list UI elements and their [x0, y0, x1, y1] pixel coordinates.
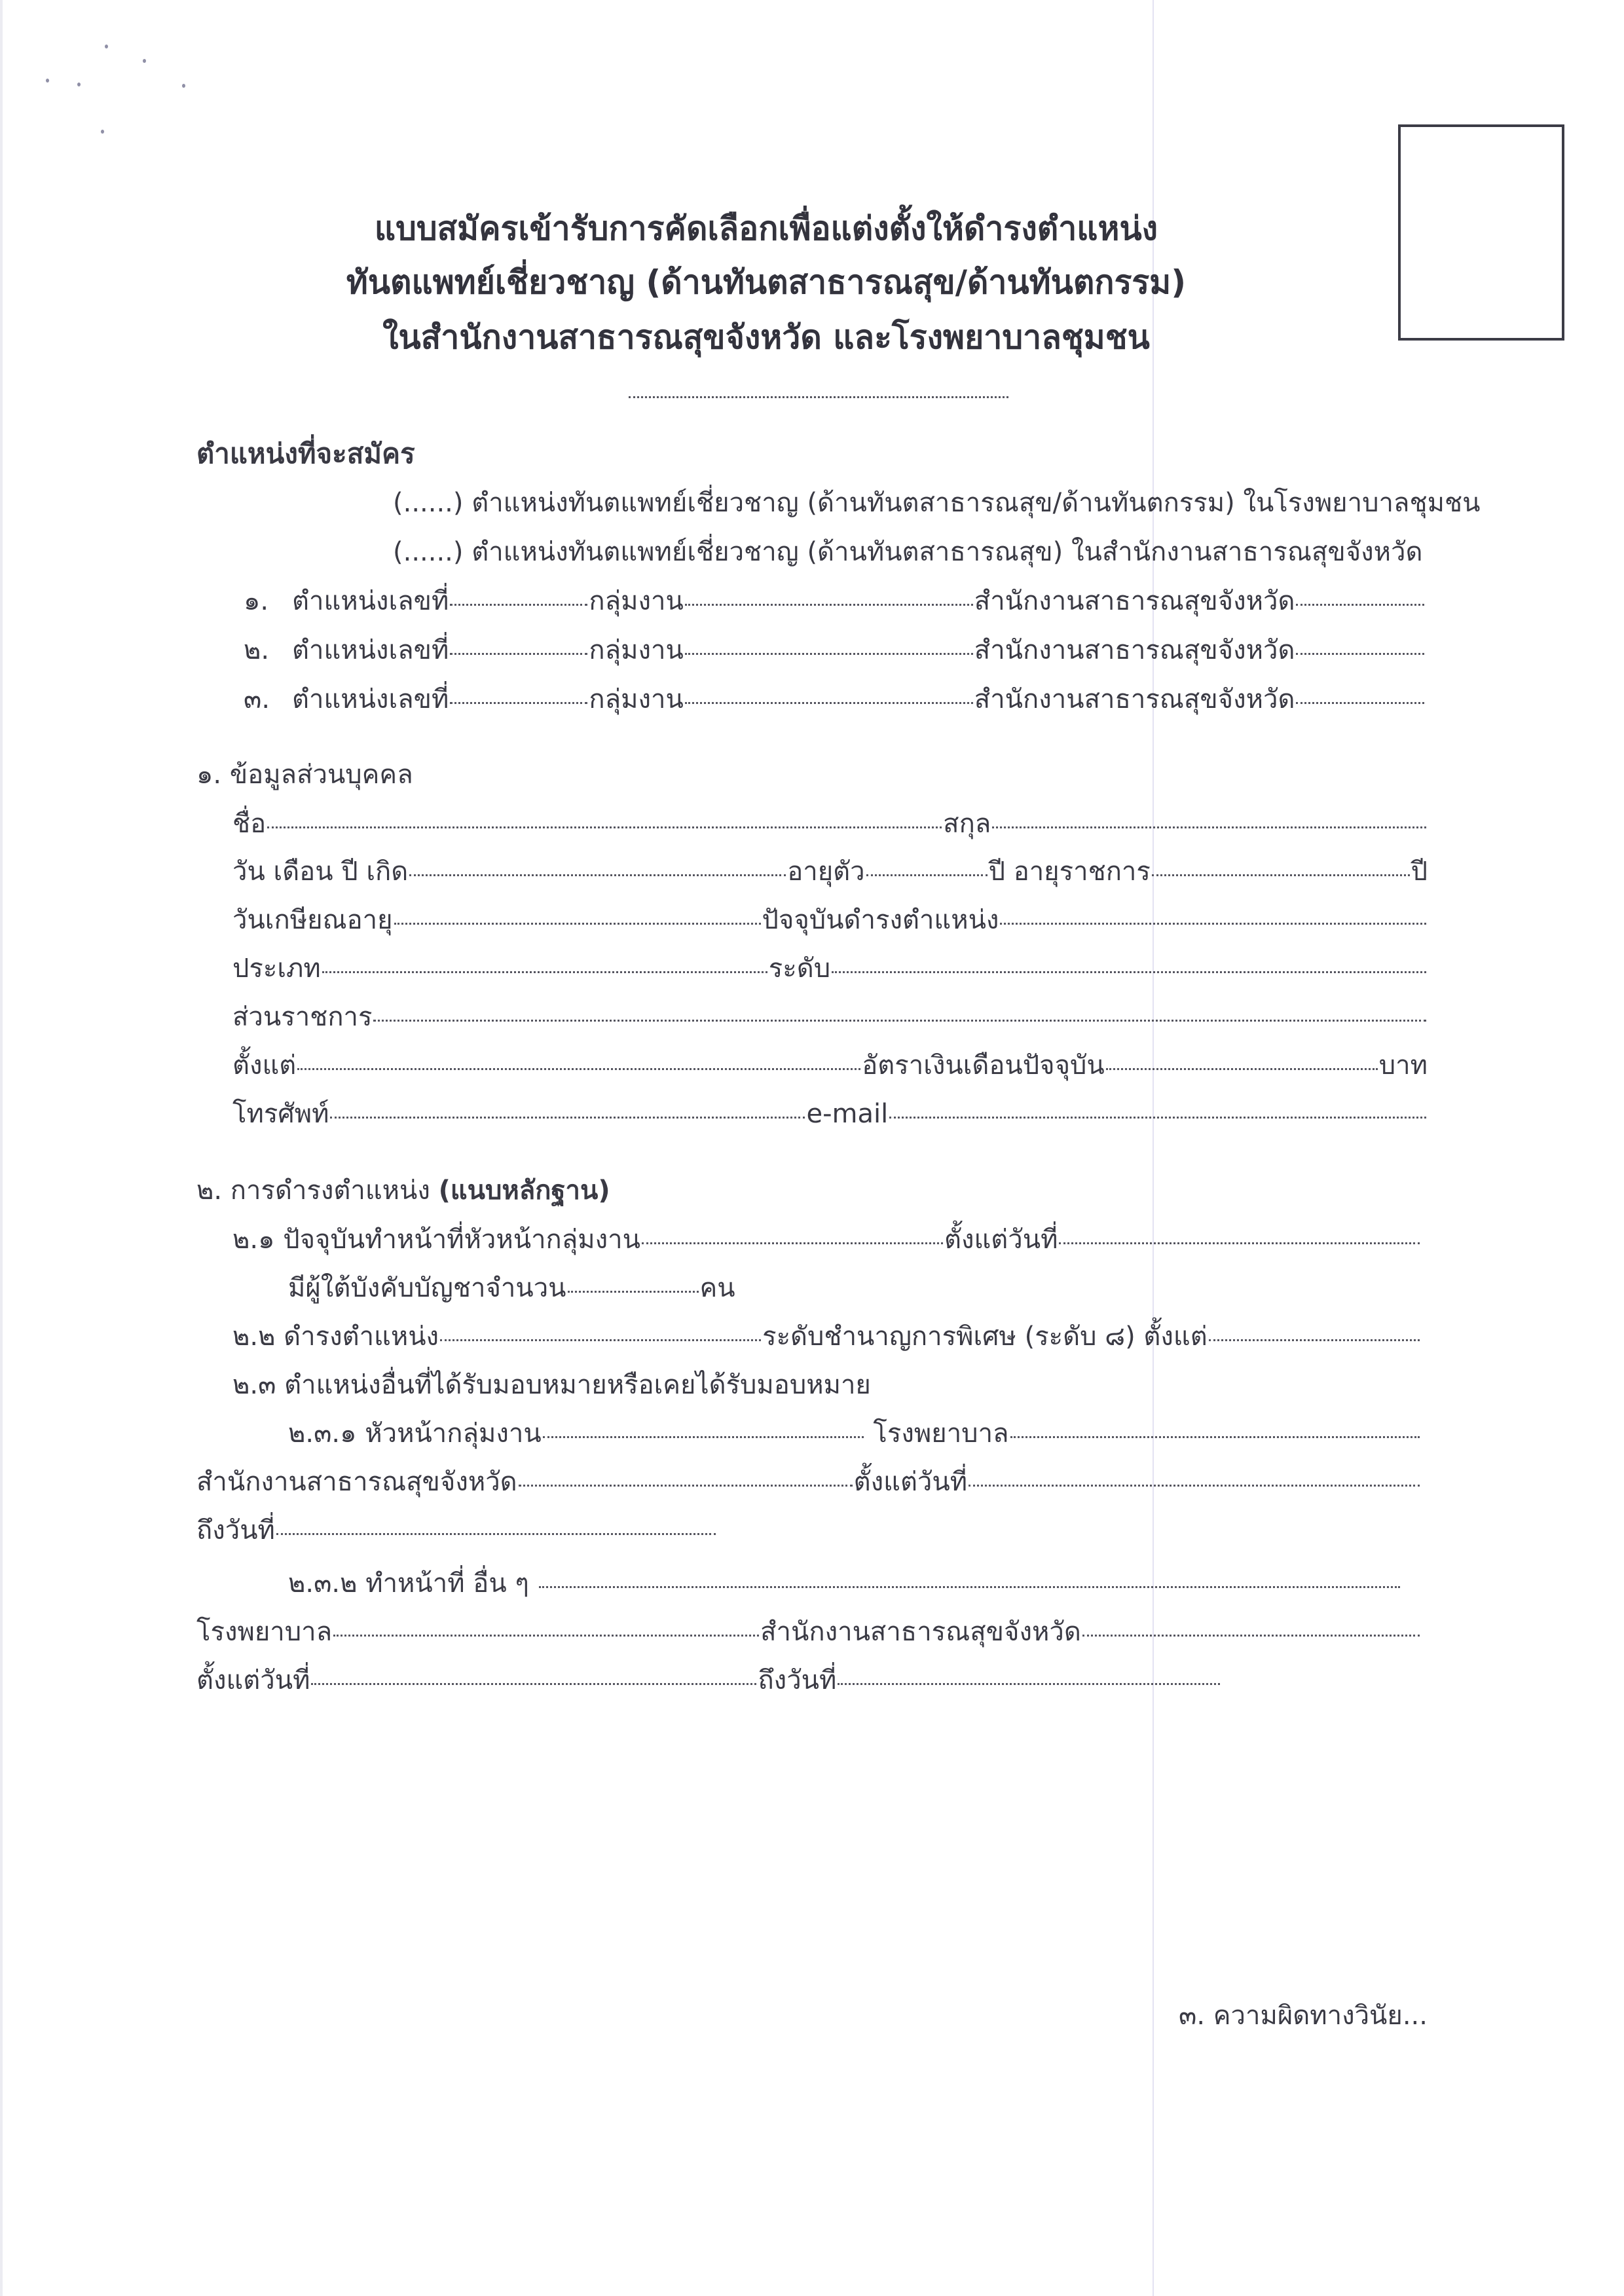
persons-unit-label: คน [700, 1267, 735, 1308]
s2-2-since-field[interactable] [1209, 1339, 1420, 1341]
email-field[interactable] [889, 1117, 1426, 1119]
heading-text: ๒.๓ ตำแหน่งอื่นที่ได้รับมอบหมายหรือเคยได… [232, 1363, 871, 1405]
s2-3-2-until-label: ถึงวันที่ [758, 1659, 836, 1701]
agency-field[interactable] [373, 1020, 1426, 1022]
choice-row-2: ๒. ตำแหน่งเลขที่ กลุ่มงาน สำนักงานสาธารณ… [244, 629, 1426, 671]
s2-3-1-office-label: สำนักงานสาธารณสุขจังหวัด [196, 1460, 517, 1502]
birth-date-field[interactable] [409, 874, 786, 876]
option-label: ตำแหน่งทันตแพทย์เชี่ยวชาญ (ด้านทันตสาธาร… [471, 481, 1480, 523]
form-title-line-3: ในสำนักงานสาธารณสุขจังหวัด และโรงพยาบาลช… [0, 312, 1578, 363]
last-name-label: สกุล [943, 802, 991, 844]
s2-3-1-hospital-field[interactable] [1010, 1436, 1420, 1438]
s2-3-2-duty-field[interactable] [539, 1586, 1400, 1588]
position-no-field[interactable] [450, 653, 587, 655]
last-name-field[interactable] [992, 826, 1426, 828]
scan-speck [101, 130, 104, 134]
group-field[interactable] [685, 702, 973, 704]
current-position-label: ปัจจุบันดำรงตำแหน่ง [762, 898, 999, 940]
since-label: ตั้งแต่ [232, 1044, 296, 1086]
s2-3-1-until-label: ถึงวันที่ [196, 1509, 275, 1551]
s2-3-2-row: ๒.๓.๒ ทำหน้าที่ อื่น ๆ [288, 1562, 1401, 1604]
option-checkbox[interactable]: (......) [393, 488, 464, 518]
contact-row: โทรศัพท์ e-mail [232, 1092, 1428, 1134]
province-field[interactable] [1296, 702, 1424, 704]
s2-3-2-province-field[interactable] [1082, 1635, 1420, 1637]
s2-3-1-hospital-label: โรงพยาบาล [873, 1412, 1008, 1454]
s2-3-1-until-field[interactable] [276, 1533, 716, 1535]
level-label: ระดับ [769, 947, 830, 989]
s2-1-subordinates-row: มีผู้ใต้บังคับบัญชาจำนวน คน [288, 1267, 735, 1308]
scan-speck [77, 83, 81, 86]
continuation-text: ๓. ความผิดทางวินัย... [1179, 1994, 1428, 2036]
retire-date-field[interactable] [394, 923, 761, 925]
type-field[interactable] [322, 971, 767, 973]
s2-3-1-since-label: ตั้งแต่วันที่ [854, 1460, 967, 1502]
position-no-label: ตำแหน่งเลขที่ [292, 580, 449, 621]
choice-number: ๒. [244, 629, 292, 671]
s2-1-since-label: ตั้งแต่วันที่ [944, 1218, 1058, 1260]
office-label: สำนักงานสาธารณสุขจังหวัด [974, 580, 1295, 621]
s2-3-2-hospital-field[interactable] [333, 1635, 759, 1637]
retire-date-label: วันเกษียณอายุ [232, 898, 393, 940]
position-option-provincial-office[interactable]: (......) ตำแหน่งทันตแพทย์เชี่ยวชาญ (ด้าน… [393, 530, 1422, 572]
level-field[interactable] [832, 971, 1426, 973]
option-checkbox[interactable]: (......) [393, 537, 464, 567]
salary-label: อัตราเงินเดือนปัจจุบัน [862, 1044, 1105, 1086]
choice-number: ๑. [244, 580, 292, 621]
phone-field[interactable] [330, 1117, 805, 1119]
province-field[interactable] [1296, 653, 1424, 655]
s2-3-2-office-label: สำนักงานสาธารณสุขจังหวัด [760, 1610, 1081, 1652]
s2-3-heading: ๒.๓ ตำแหน่งอื่นที่ได้รับมอบหมายหรือเคยได… [232, 1363, 871, 1405]
heading-bold-note: (แนบหลักฐาน) [439, 1169, 610, 1211]
position-no-label: ตำแหน่งเลขที่ [292, 678, 449, 720]
office-label: สำนักงานสาธารณสุขจังหวัด [974, 629, 1295, 671]
group-label: กลุ่มงาน [589, 629, 683, 671]
s2-3-1-until-row: ถึงวันที่ [196, 1509, 717, 1551]
age-label: อายุตัว [787, 850, 864, 892]
first-name-field[interactable] [267, 826, 942, 828]
since-salary-row: ตั้งแต่ อัตราเงินเดือนปัจจุบัน บาท [232, 1044, 1428, 1086]
s2-1-since-field[interactable] [1059, 1242, 1420, 1244]
option-label: ตำแหน่งทันตแพทย์เชี่ยวชาญ (ด้านทันตสาธาร… [471, 530, 1422, 572]
s2-1-group-field[interactable] [642, 1242, 943, 1244]
s2-1-row: ๒.๑ ปัจจุบันทำหน้าที่หัวหน้ากลุ่มงาน ตั้… [232, 1218, 1421, 1260]
first-name-label: ชื่อ [232, 802, 266, 844]
group-label: กลุ่มงาน [589, 678, 683, 720]
current-position-field[interactable] [1000, 923, 1426, 925]
position-applied-heading: ตำแหน่งที่จะสมัคร [196, 432, 415, 475]
s2-3-2-hospital-label: โรงพยาบาล [196, 1610, 332, 1652]
scan-speck [143, 59, 146, 63]
s2-3-1-row: ๒.๓.๑ หัวหน้ากลุ่มงาน โรงพยาบาล [288, 1412, 1421, 1454]
service-age-label: ปี อายุราชการ [989, 850, 1151, 892]
email-label: e-mail [806, 1099, 888, 1129]
baht-unit-label: บาท [1379, 1044, 1428, 1086]
type-label: ประเภท [232, 947, 321, 989]
group-field[interactable] [685, 653, 973, 655]
s2-3-1-since-field[interactable] [969, 1485, 1420, 1487]
s2-1-label: ๒.๑ ปัจจุบันทำหน้าที่หัวหน้ากลุ่มงาน [232, 1218, 640, 1260]
group-label: กลุ่มงาน [589, 580, 683, 621]
phone-label: โทรศัพท์ [232, 1092, 329, 1134]
position-no-field[interactable] [450, 604, 587, 606]
subordinates-field[interactable] [568, 1291, 699, 1293]
position-no-label: ตำแหน่งเลขที่ [292, 629, 449, 671]
office-label: สำนักงานสาธารณสุขจังหวัด [974, 678, 1295, 720]
s2-3-2-label: ๒.๓.๒ ทำหน้าที่ อื่น ๆ [288, 1562, 529, 1604]
group-field[interactable] [685, 604, 973, 606]
s2-2-position-field[interactable] [440, 1339, 761, 1341]
type-row: ประเภท ระดับ [232, 947, 1428, 989]
retire-row: วันเกษียณอายุ ปัจจุบันดำรงตำแหน่ง [232, 898, 1428, 940]
salary-field[interactable] [1106, 1068, 1378, 1070]
choice-row-3: ๓. ตำแหน่งเลขที่ กลุ่มงาน สำนักงานสาธารณ… [244, 678, 1426, 720]
scan-speck [105, 45, 108, 48]
s2-3-1-group-field[interactable] [543, 1436, 864, 1438]
name-row: ชื่อ สกุล [232, 802, 1428, 844]
year-unit-label: ปี [1411, 850, 1428, 892]
s2-2-level-label: ระดับชำนาญการพิเศษ (ระดับ ๘) ตั้งแต่ [762, 1315, 1208, 1357]
province-field[interactable] [1296, 604, 1424, 606]
birth-date-label: วัน เดือน ปี เกิด [232, 850, 408, 892]
s2-3-2-until-field[interactable] [838, 1683, 1220, 1685]
position-no-field[interactable] [450, 702, 587, 704]
s2-3-2-dates-row: ตั้งแต่วันที่ ถึงวันที่ [196, 1659, 1221, 1701]
position-option-community-hospital[interactable]: (......) ตำแหน่งทันตแพทย์เชี่ยวชาญ (ด้าน… [393, 481, 1480, 523]
s2-3-2-since-field[interactable] [311, 1683, 756, 1685]
s2-3-2-hospital-row: โรงพยาบาล สำนักงานสาธารณสุขจังหวัด [196, 1610, 1421, 1652]
heading-text: ๑. ข้อมูลส่วนบุคคล [196, 753, 413, 795]
agency-row: ส่วนราชการ [232, 995, 1428, 1037]
scan-speck [182, 84, 185, 88]
section2-heading: ๒. การดำรงตำแหน่ง (แนบหลักฐาน) [196, 1169, 610, 1211]
s2-3-2-since-label: ตั้งแต่วันที่ [196, 1659, 310, 1701]
s2-3-1-office-row: สำนักงานสาธารณสุขจังหวัด ตั้งแต่วันที่ [196, 1460, 1421, 1502]
subordinates-label: มีผู้ใต้บังคับบัญชาจำนวน [288, 1267, 566, 1308]
title-separator [629, 396, 1008, 398]
service-age-field[interactable] [1152, 874, 1410, 876]
agency-label: ส่วนราชการ [232, 995, 372, 1037]
section1-heading: ๑. ข้อมูลส่วนบุคคล [196, 753, 413, 795]
since-field[interactable] [297, 1068, 860, 1070]
birth-row: วัน เดือน ปี เกิด อายุตัว ปี อายุราชการ … [232, 850, 1428, 892]
form-title-line-1: แบบสมัครเข้ารับการคัดเลือกเพื่อแต่งตั้งใ… [0, 203, 1578, 255]
age-field[interactable] [866, 874, 987, 876]
s2-2-row: ๒.๒ ดำรงตำแหน่ง ระดับชำนาญการพิเศษ (ระดั… [232, 1315, 1421, 1357]
page-continuation: ๓. ความผิดทางวินัย... [1179, 1994, 1428, 2036]
s2-2-label: ๒.๒ ดำรงตำแหน่ง [232, 1315, 439, 1357]
form-title-line-2: ทันตแพทย์เชี่ยวชาญ (ด้านทันตสาธารณสุข/ด้… [0, 257, 1578, 308]
heading-text: ตำแหน่งที่จะสมัคร [196, 432, 415, 475]
s2-3-1-province-field[interactable] [519, 1485, 853, 1487]
choice-row-1: ๑. ตำแหน่งเลขที่ กลุ่มงาน สำนักงานสาธารณ… [244, 580, 1426, 621]
heading-text: ๒. การดำรงตำแหน่ง [196, 1169, 430, 1211]
choice-number: ๓. [244, 678, 292, 720]
scan-speck [46, 79, 49, 83]
s2-3-1-label: ๒.๓.๑ หัวหน้ากลุ่มงาน [288, 1412, 542, 1454]
